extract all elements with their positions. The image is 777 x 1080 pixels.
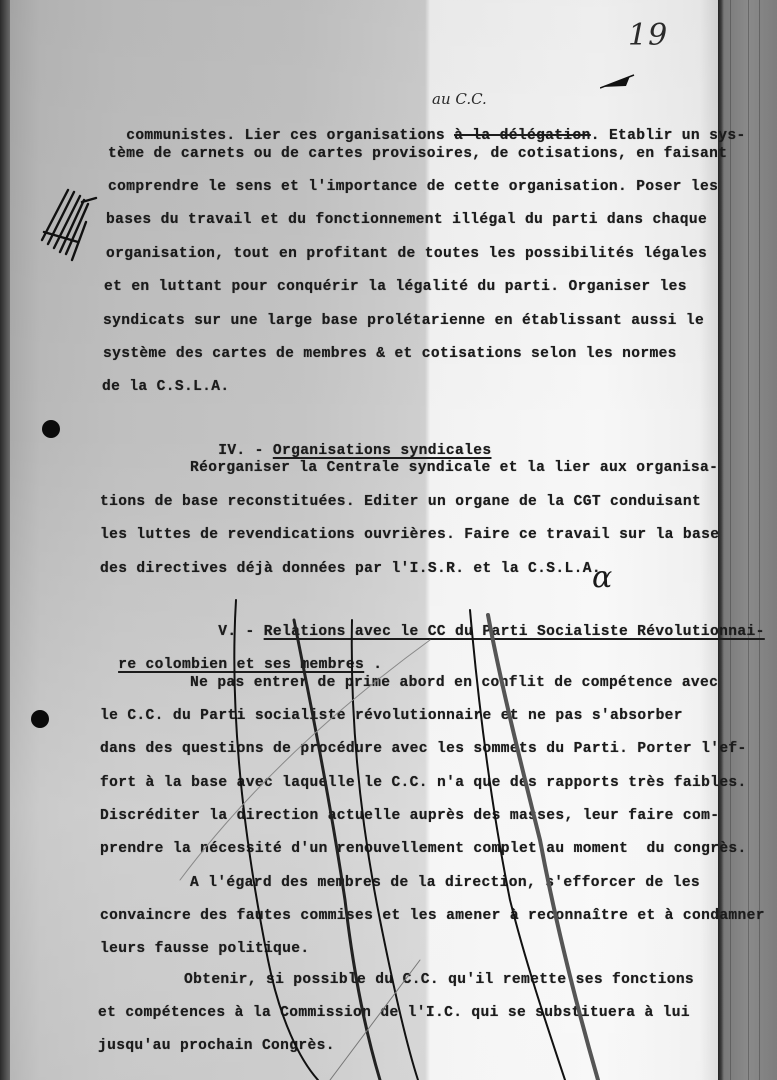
text-line: les luttes de revendications ouvrières. … bbox=[100, 527, 719, 543]
text-fragment: communistes. Lier ces organisations bbox=[126, 128, 454, 144]
section-v-heading: V. - Relations avec le CC du Parti Socia… bbox=[200, 608, 765, 640]
section-number: IV. - bbox=[218, 443, 273, 459]
section-title: Relations avec le CC du Parti Socialiste… bbox=[264, 624, 765, 640]
ink-scribble-mark bbox=[600, 72, 636, 90]
text-line: organisation, tout en profitant de toute… bbox=[106, 246, 707, 262]
struck-text: à la délégation bbox=[454, 128, 591, 144]
text-line: comprendre le sens et l'importance de ce… bbox=[108, 179, 718, 195]
text-line: tions de base reconstituées. Editer un o… bbox=[100, 494, 701, 510]
text-line: et compétences à la Commission de l'I.C.… bbox=[98, 1005, 690, 1021]
text-line: syndicats sur une large base prolétarien… bbox=[103, 313, 704, 329]
text-line: dans des questions de procédure avec les… bbox=[100, 741, 747, 757]
text-line: bases du travail et du fonctionnement il… bbox=[106, 212, 707, 228]
text-line: Réorganiser la Centrale syndicale et la … bbox=[190, 460, 718, 476]
section-iv-heading: IV. - Organisations syndicales bbox=[200, 427, 491, 459]
text-fragment: . Etablir un sys- bbox=[591, 128, 746, 144]
section-title: Organisations syndicales bbox=[273, 443, 492, 459]
text-line: convaincre des fautes commises et les am… bbox=[100, 908, 765, 924]
text-line: Ne pas entrer de prime abord en conflit … bbox=[190, 675, 718, 691]
handwritten-insertion: au C.C. bbox=[432, 90, 487, 108]
text-fragment: . bbox=[364, 657, 382, 673]
text-line: le C.C. du Parti socialiste révolutionna… bbox=[100, 708, 683, 724]
text-line: prendre la nécessité d'un renouvellement… bbox=[100, 841, 747, 857]
text-line: fort à la base avec laquelle le C.C. n'a… bbox=[100, 775, 747, 791]
text-line: de la C.S.L.A. bbox=[102, 379, 230, 395]
text-line: tème de carnets ou de cartes provisoires… bbox=[108, 146, 727, 162]
text-line: A l'égard des membres de la direction, s… bbox=[190, 875, 700, 891]
text-line: leurs fausse politique. bbox=[100, 941, 309, 957]
left-page-edge bbox=[0, 0, 10, 1080]
section-v-heading-continued: re colombien et ses membres . bbox=[100, 641, 382, 673]
section-title: re colombien et ses membres bbox=[118, 657, 364, 673]
text-line: jusqu'au prochain Congrès. bbox=[98, 1038, 335, 1054]
punch-hole-top bbox=[42, 420, 60, 438]
margin-scribble-mark bbox=[38, 182, 100, 262]
text-line: et en luttant pour conquérir la légalité… bbox=[104, 279, 687, 295]
page-number: 19 bbox=[628, 18, 668, 53]
text-line: communistes. Lier ces organisations à la… bbox=[108, 112, 746, 144]
text-line: Discréditer la direction actuelle auprès… bbox=[100, 808, 719, 824]
section-number: V. - bbox=[218, 624, 264, 640]
text-line: des directives déjà données par l'I.S.R.… bbox=[100, 561, 601, 577]
text-line: Obtenir, si possible du C.C. qu'il remet… bbox=[184, 972, 694, 988]
punch-hole-bottom bbox=[31, 710, 49, 728]
text-line: système des cartes de membres & et cotis… bbox=[103, 346, 677, 362]
